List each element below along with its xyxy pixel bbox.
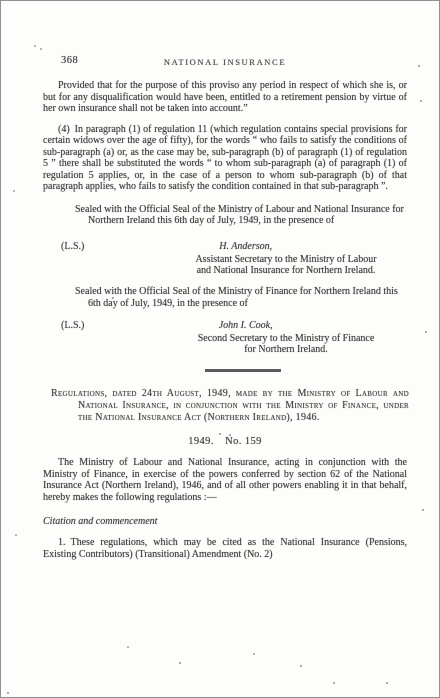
ls-seal-mark: (L.S.) (61, 241, 84, 253)
running-header: 368 NATIONAL INSURANCE (43, 55, 407, 67)
preamble-paragraph: The Ministry of Labour and National Insu… (43, 457, 407, 503)
scan-speck (422, 509, 424, 511)
scan-speck (425, 331, 427, 333)
signatory-title-finance: Second Secretary to the Ministry of Fina… (163, 333, 409, 355)
scan-speck (386, 682, 388, 684)
scan-speck (7, 692, 9, 694)
scan-speck (229, 434, 231, 436)
section-divider-rule (205, 369, 281, 372)
scan-speck (333, 682, 335, 684)
signatory-title-line: and National Insurance for Northern Irel… (163, 265, 409, 276)
scan-speck (40, 48, 42, 50)
scan-speck (112, 297, 114, 299)
page-number: 368 (61, 55, 78, 66)
signatory-title-labour: Assistant Secretary to the Ministry of L… (163, 254, 409, 276)
signatory-title-line: for Northern Ireland. (163, 344, 409, 355)
page-content: 368 NATIONAL INSURANCE Provided that for… (1, 1, 439, 697)
seal-statement-labour: Sealed with the Official Seal of the Min… (75, 204, 409, 227)
scan-speck (15, 534, 17, 536)
scan-speck (34, 45, 36, 47)
signature-row-finance: (L.S.) John I. Cook, (43, 320, 407, 332)
scan-speck (127, 646, 129, 648)
proviso-paragraph: Provided that for the purpose of this pr… (43, 80, 407, 115)
scan-speck (13, 190, 15, 192)
signatory-title-line: Second Secretary to the Ministry of Fina… (163, 333, 409, 344)
signatory-title-line: Assistant Secretary to the Ministry of L… (163, 254, 409, 265)
scan-speck (300, 665, 302, 667)
regulations-heading: Regulations, dated 24th August, 1949, ma… (51, 388, 409, 424)
regulation-number-line: 1949. No. 159 (43, 436, 407, 447)
signatory-name: H. Anderson, (84, 241, 407, 253)
scan-speck (179, 662, 181, 664)
seal-statement-finance: Sealed with the Official Seal of the Min… (75, 286, 409, 309)
citation-heading: Citation and commencement (43, 516, 407, 527)
signature-row-labour: (L.S.) H. Anderson, (43, 241, 407, 253)
scan-speck (418, 65, 420, 67)
clause-1-paragraph: 1. These regulations, which may be cited… (43, 537, 407, 560)
scanned-statutory-page: 368 NATIONAL INSURANCE Provided that for… (0, 0, 440, 698)
running-title: NATIONAL INSURANCE (164, 56, 286, 68)
ls-seal-mark: (L.S.) (61, 320, 84, 332)
scan-speck (420, 100, 422, 102)
signatory-name: John I. Cook, (84, 320, 407, 332)
paragraph-4: (4) In paragraph (1) of regulation 11 (w… (43, 124, 407, 193)
scan-speck (219, 433, 221, 435)
scan-speck (253, 653, 255, 655)
